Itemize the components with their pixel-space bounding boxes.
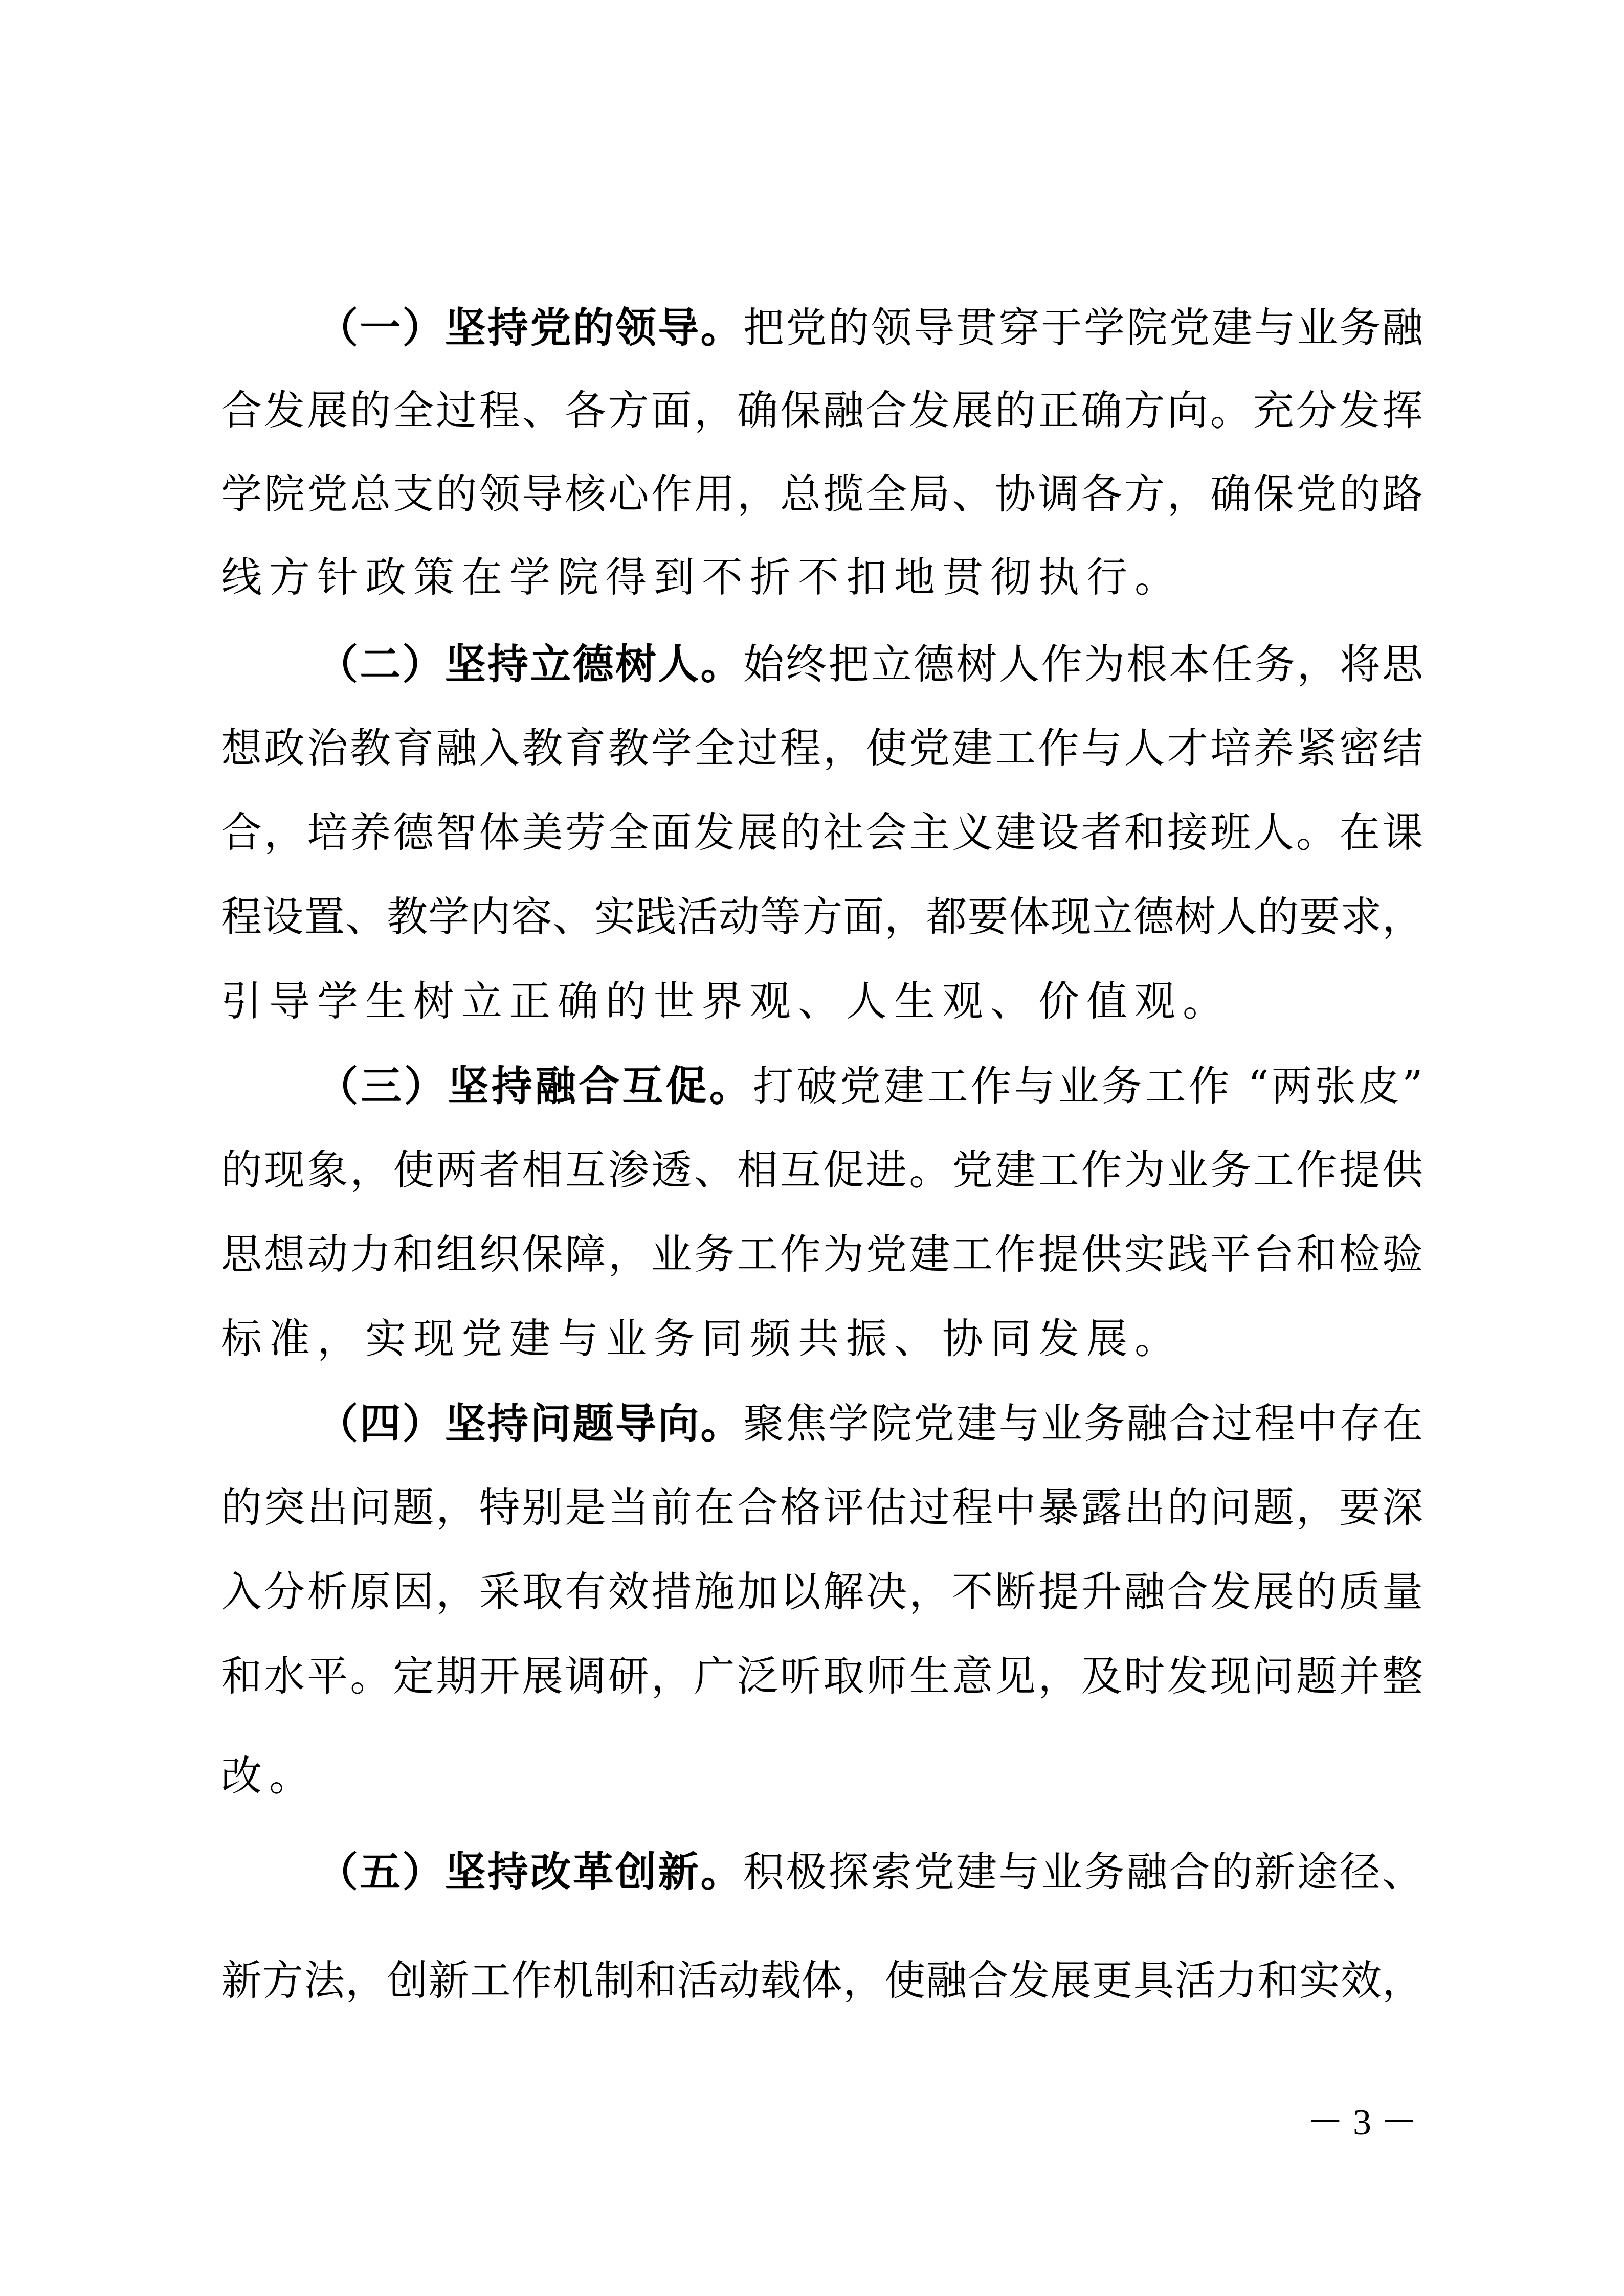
paragraph-4-line-1: （四）坚持问题导向。聚焦学院党建与业务融合过程中存在 [317, 1398, 1423, 1449]
paragraph-2-line-1: （二）坚持立德树人。始终把立德树人作为根本任务，将思 [317, 638, 1423, 689]
paragraph-3-line-4: 标准，实现党建与业务同频共振、协同发展。 [221, 1313, 1423, 1364]
document-page: （一）坚持党的领导。把党的领导贯穿于学院党建与业务融 合发展的全过程、各方面，确… [0, 0, 1624, 2296]
paragraph-5-line-1: （五）坚持改革创新。积极探索党建与业务融合的新途径、 [317, 1846, 1423, 1897]
paragraph-2-line-5: 引导学生树立正确的世界观、人生观、价值观。 [221, 976, 1423, 1027]
paragraph-1-line-1: （一）坚持党的领导。把党的领导贯穿于学院党建与业务融 [317, 302, 1423, 353]
paragraph-2-line-3: 合，培养德智体美劳全面发展的社会主义建设者和接班人。在课 [221, 807, 1423, 858]
paragraph-5-heading: （五）坚持改革创新。 [317, 1848, 743, 1896]
paragraph-4-line-5: 改。 [221, 1750, 1423, 1802]
paragraph-3-line-3: 思想动力和组织保障，业务工作为党建工作提供实践平台和检验 [221, 1229, 1423, 1280]
paragraph-3-line-1: （三）坚持融合互促。打破党建工作与业务工作 “两张皮” [317, 1060, 1423, 1111]
paragraph-5-line-2: 新方法，创新工作机制和活动载体，使融合发展更具活力和实效， [221, 1955, 1423, 2006]
paragraph-2-line-2: 想政治教育融入教育教学全过程，使党建工作与人才培养紧密结 [221, 723, 1423, 774]
paragraph-2-line-4: 程设置、教学内容、实践活动等方面，都要体现立德树人的要求， [221, 891, 1423, 942]
paragraph-4-line-2: 的突出问题，特别是当前在合格评估过程中暴露出的问题，要深 [221, 1482, 1423, 1533]
paragraph-4-line-3: 入分析原因，采取有效措施加以解决，不断提升融合发展的质量 [221, 1566, 1423, 1617]
paragraph-1-line-2: 合发展的全过程、各方面，确保融合发展的正确方向。充分发挥 [221, 385, 1423, 436]
paragraph-2-heading: （二）坚持立德树人。 [317, 640, 743, 688]
paragraph-1-heading: （一）坚持党的领导。 [317, 303, 743, 351]
paragraph-3-line-2: 的现象，使两者相互渗透、相互促进。党建工作为业务工作提供 [221, 1144, 1423, 1196]
page-number: － 3 － [1307, 2097, 1430, 2148]
paragraph-1-line-3: 学院党总支的领导核心作用，总揽全局、协调各方，确保党的路 [221, 468, 1423, 520]
paragraph-3-heading: （三）坚持融合互促。 [317, 1062, 753, 1110]
paragraph-1-line-4: 线方针政策在学院得到不折不扣地贯彻执行。 [221, 552, 1423, 603]
paragraph-4-line-4: 和水平。定期开展调研，广泛听取师生意见，及时发现问题并整 [221, 1651, 1423, 1702]
paragraph-4-heading: （四）坚持问题导向。 [317, 1399, 743, 1447]
